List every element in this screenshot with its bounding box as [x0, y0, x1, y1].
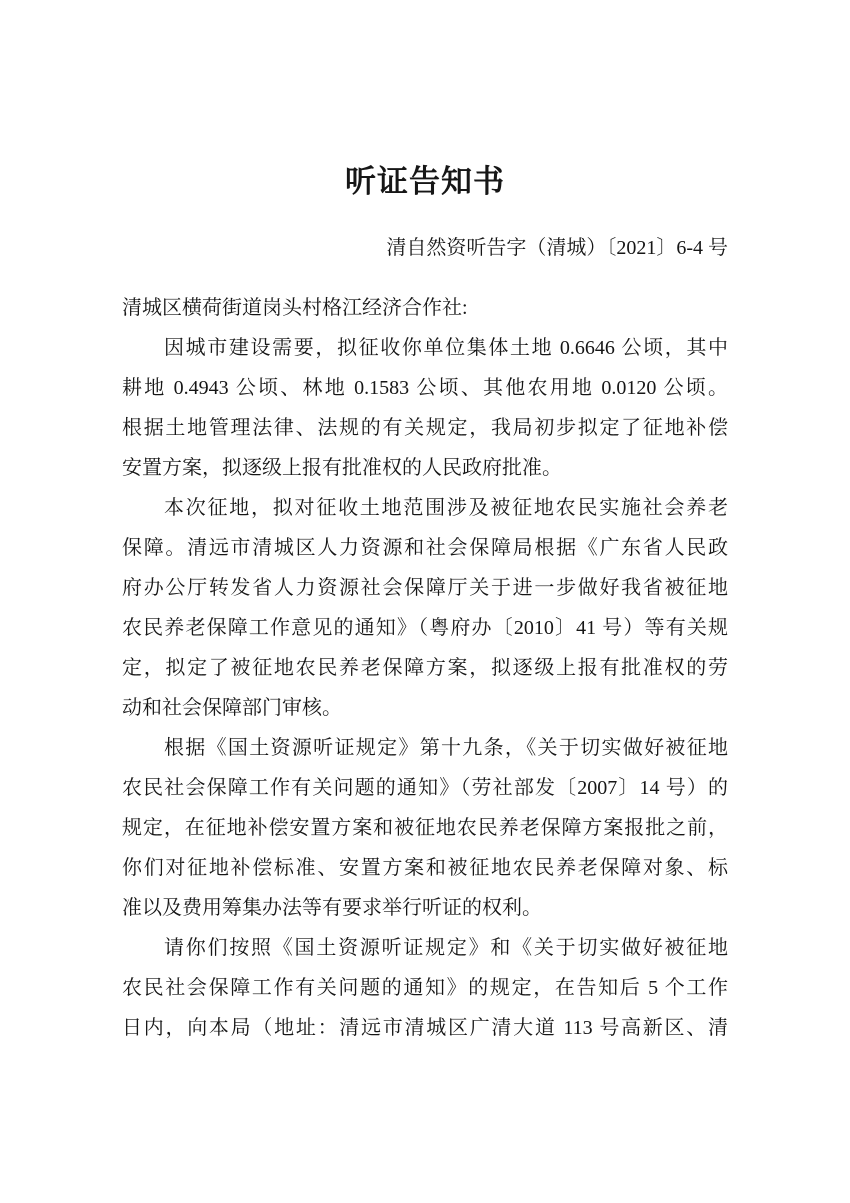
body-line: 请你们按照《国土资源听证规定》和《关于切实做好被征地	[122, 928, 728, 968]
body-line: 耕地 0.4943 公顷、林地 0.1583 公顷、其他农用地 0.0120 公…	[122, 368, 728, 408]
body-line: 根据《国土资源听证规定》第十九条，《关于切实做好被征地	[122, 728, 728, 768]
body-line: 农民养老保障工作意见的通知》（粤府办〔2010〕41 号）等有关规	[122, 608, 728, 648]
body-line: 日内，向本局（地址：清远市清城区广清大道 113 号高新区、清	[122, 1008, 728, 1048]
body-line: 规定，在征地补偿安置方案和被征地农民养老保障方案报批之前，	[122, 808, 728, 848]
body-line: 动和社会保障部门审核。	[122, 688, 728, 728]
body-line: 府办公厅转发省人力资源社会保障厅关于进一步做好我省被征地	[122, 568, 728, 608]
body-text: 因城市建设需要，拟征收你单位集体土地 0.6646 公顷，其中耕地 0.4943…	[122, 328, 728, 1048]
body-line: 准以及费用筹集办法等有要求举行听证的权利。	[122, 888, 728, 928]
body-line: 农民社会保障工作有关问题的通知》（劳社部发〔2007〕14 号）的	[122, 768, 728, 808]
body-line: 因城市建设需要，拟征收你单位集体土地 0.6646 公顷，其中	[122, 328, 728, 368]
body-line: 安置方案，拟逐级上报有批准权的人民政府批准。	[122, 448, 728, 488]
page-title: 听证告知书	[122, 160, 728, 204]
document-page: 听证告知书 清自然资听告字（清城）〔2021〕6-4 号 清城区横荷街道岗头村格…	[0, 0, 850, 1203]
body-line: 保障。清远市清城区人力资源和社会保障局根据《广东省人民政	[122, 528, 728, 568]
body-line: 本次征地，拟对征收土地范围涉及被征地农民实施社会养老	[122, 488, 728, 528]
addressee-line: 清城区横荷街道岗头村格江经济合作社:	[122, 288, 728, 328]
body-line: 定，拟定了被征地农民养老保障方案，拟逐级上报有批准权的劳	[122, 648, 728, 688]
body-line: 你们对征地补偿标准、安置方案和被征地农民养老保障对象、标	[122, 848, 728, 888]
body-line: 农民社会保障工作有关问题的通知》的规定，在告知后 5 个工作	[122, 968, 728, 1008]
doc-number: 清自然资听告字（清城）〔2021〕6-4 号	[122, 234, 728, 262]
body-line: 根据土地管理法律、法规的有关规定，我局初步拟定了征地补偿	[122, 408, 728, 448]
